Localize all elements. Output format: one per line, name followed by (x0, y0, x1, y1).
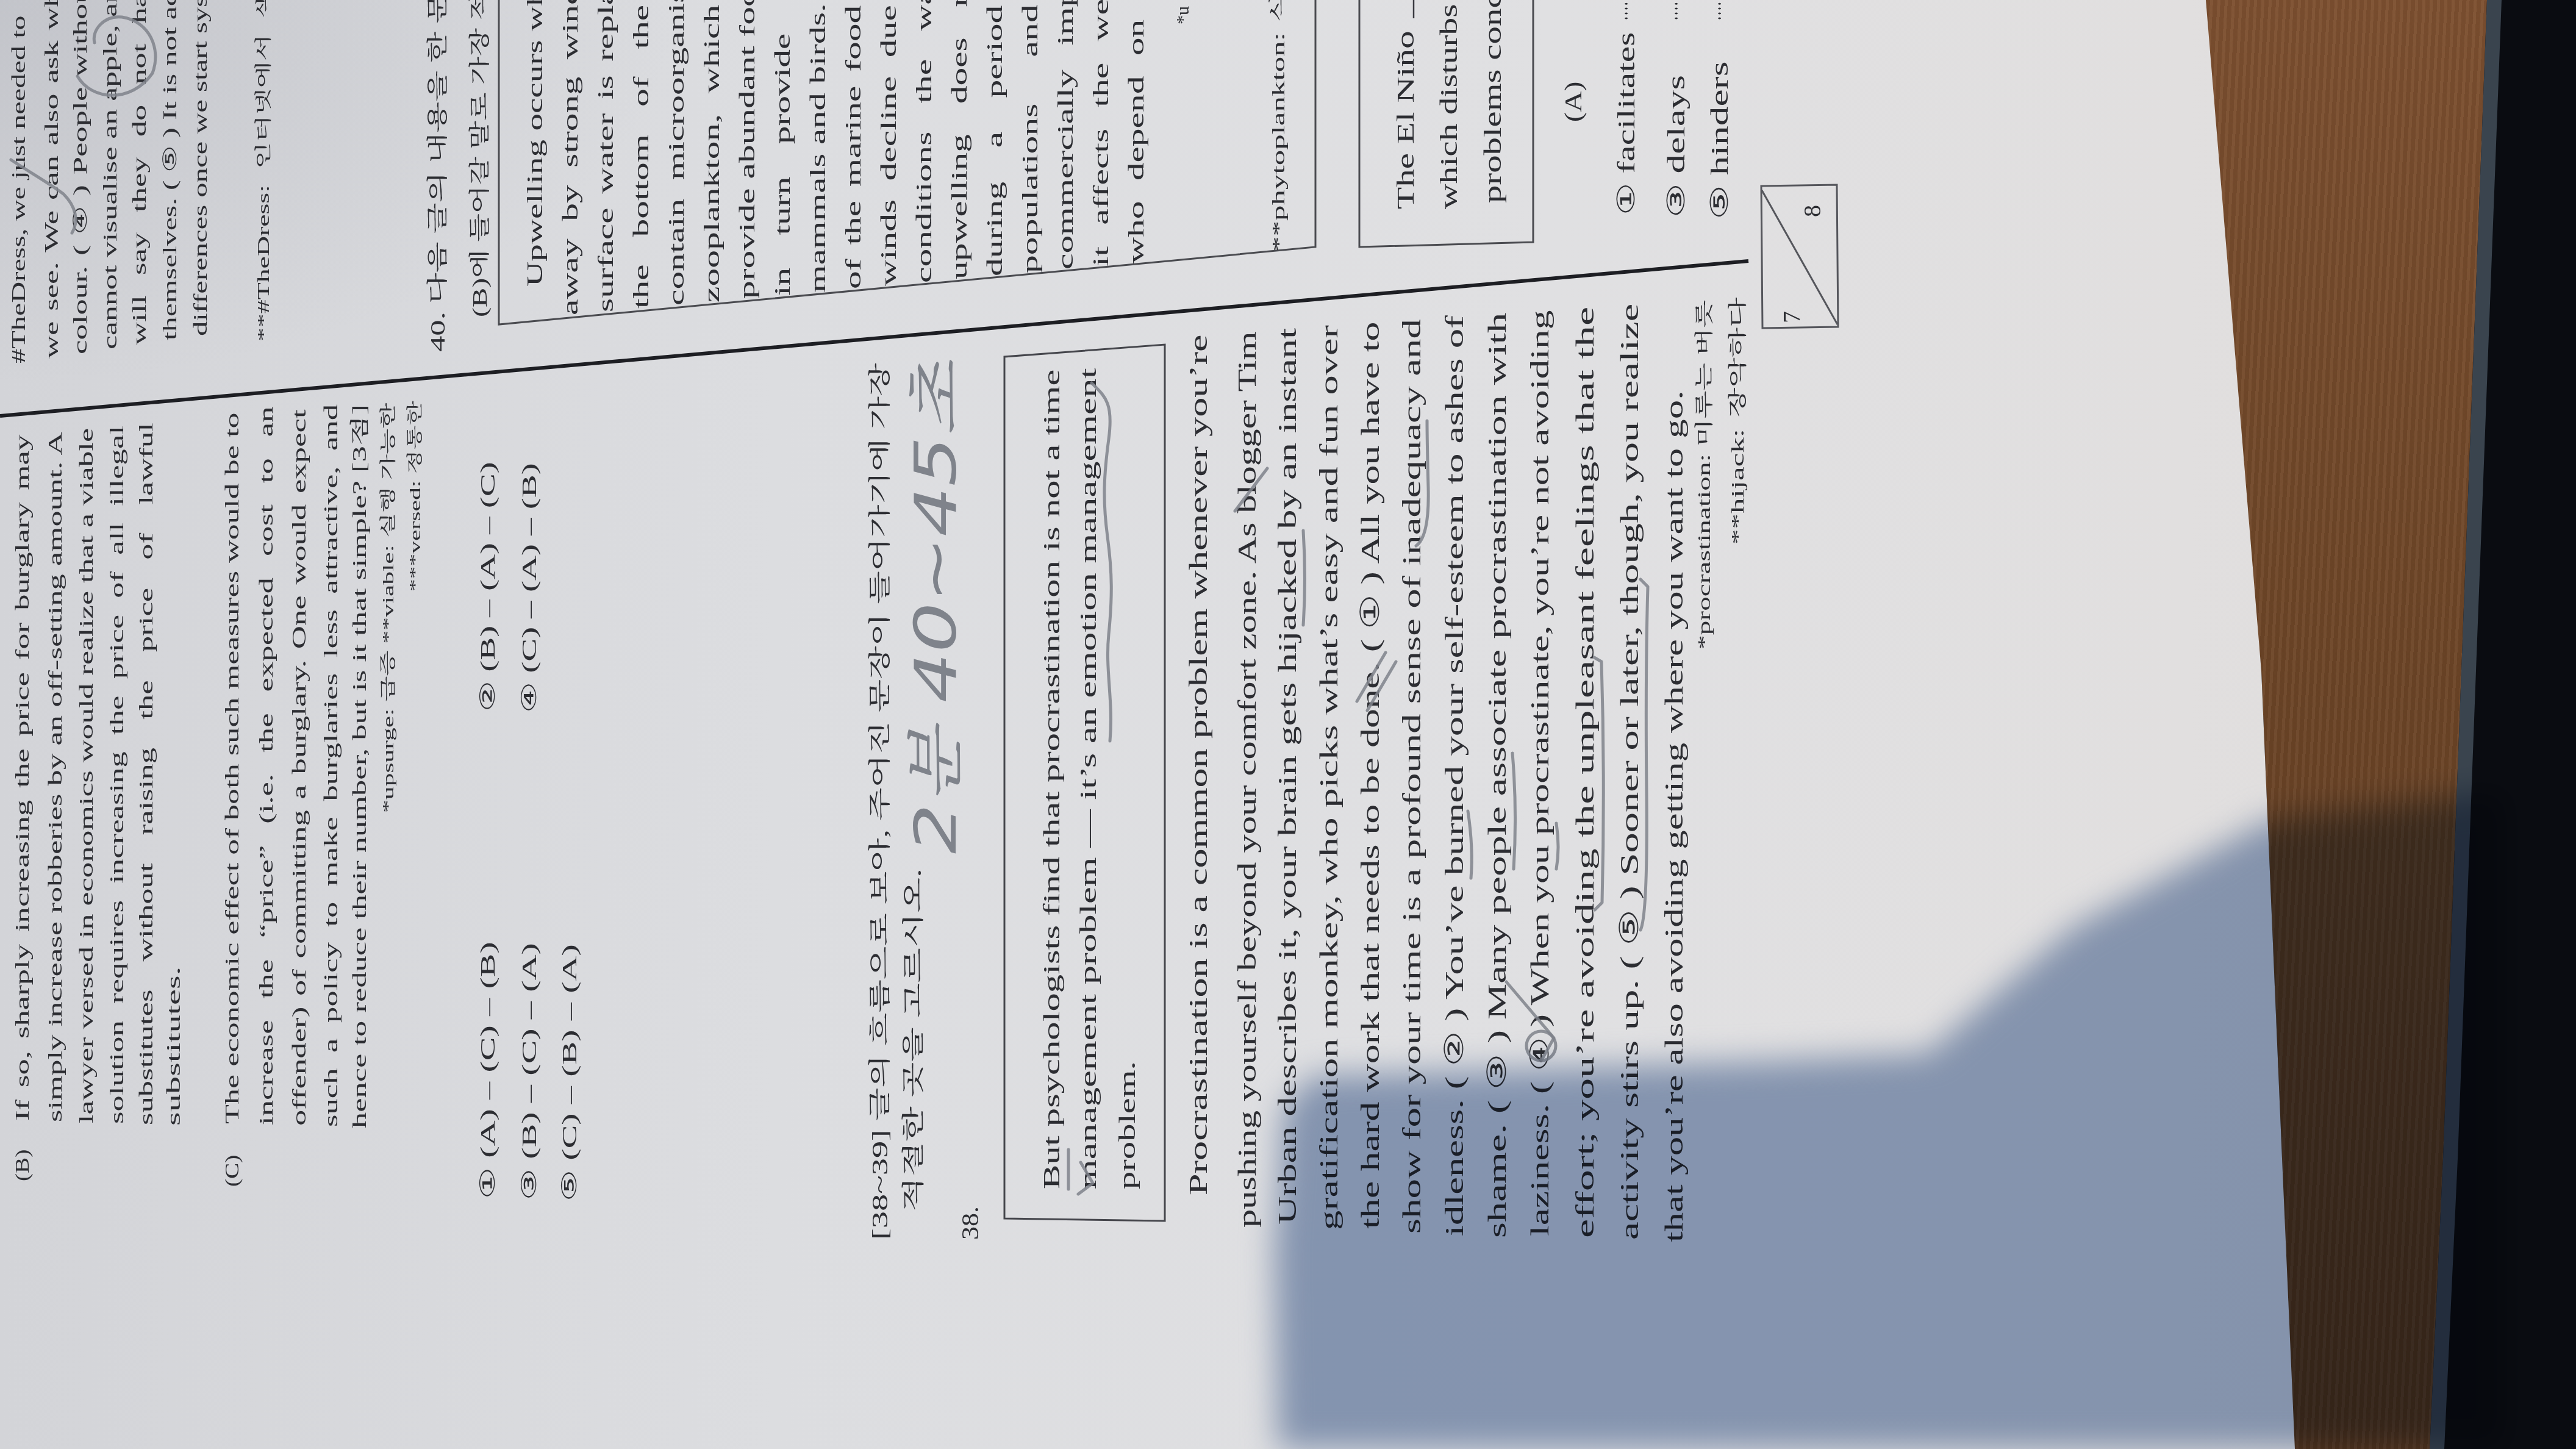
shadow-shape (0, 0, 2576, 1449)
cast-shadow (0, 0, 2576, 1449)
